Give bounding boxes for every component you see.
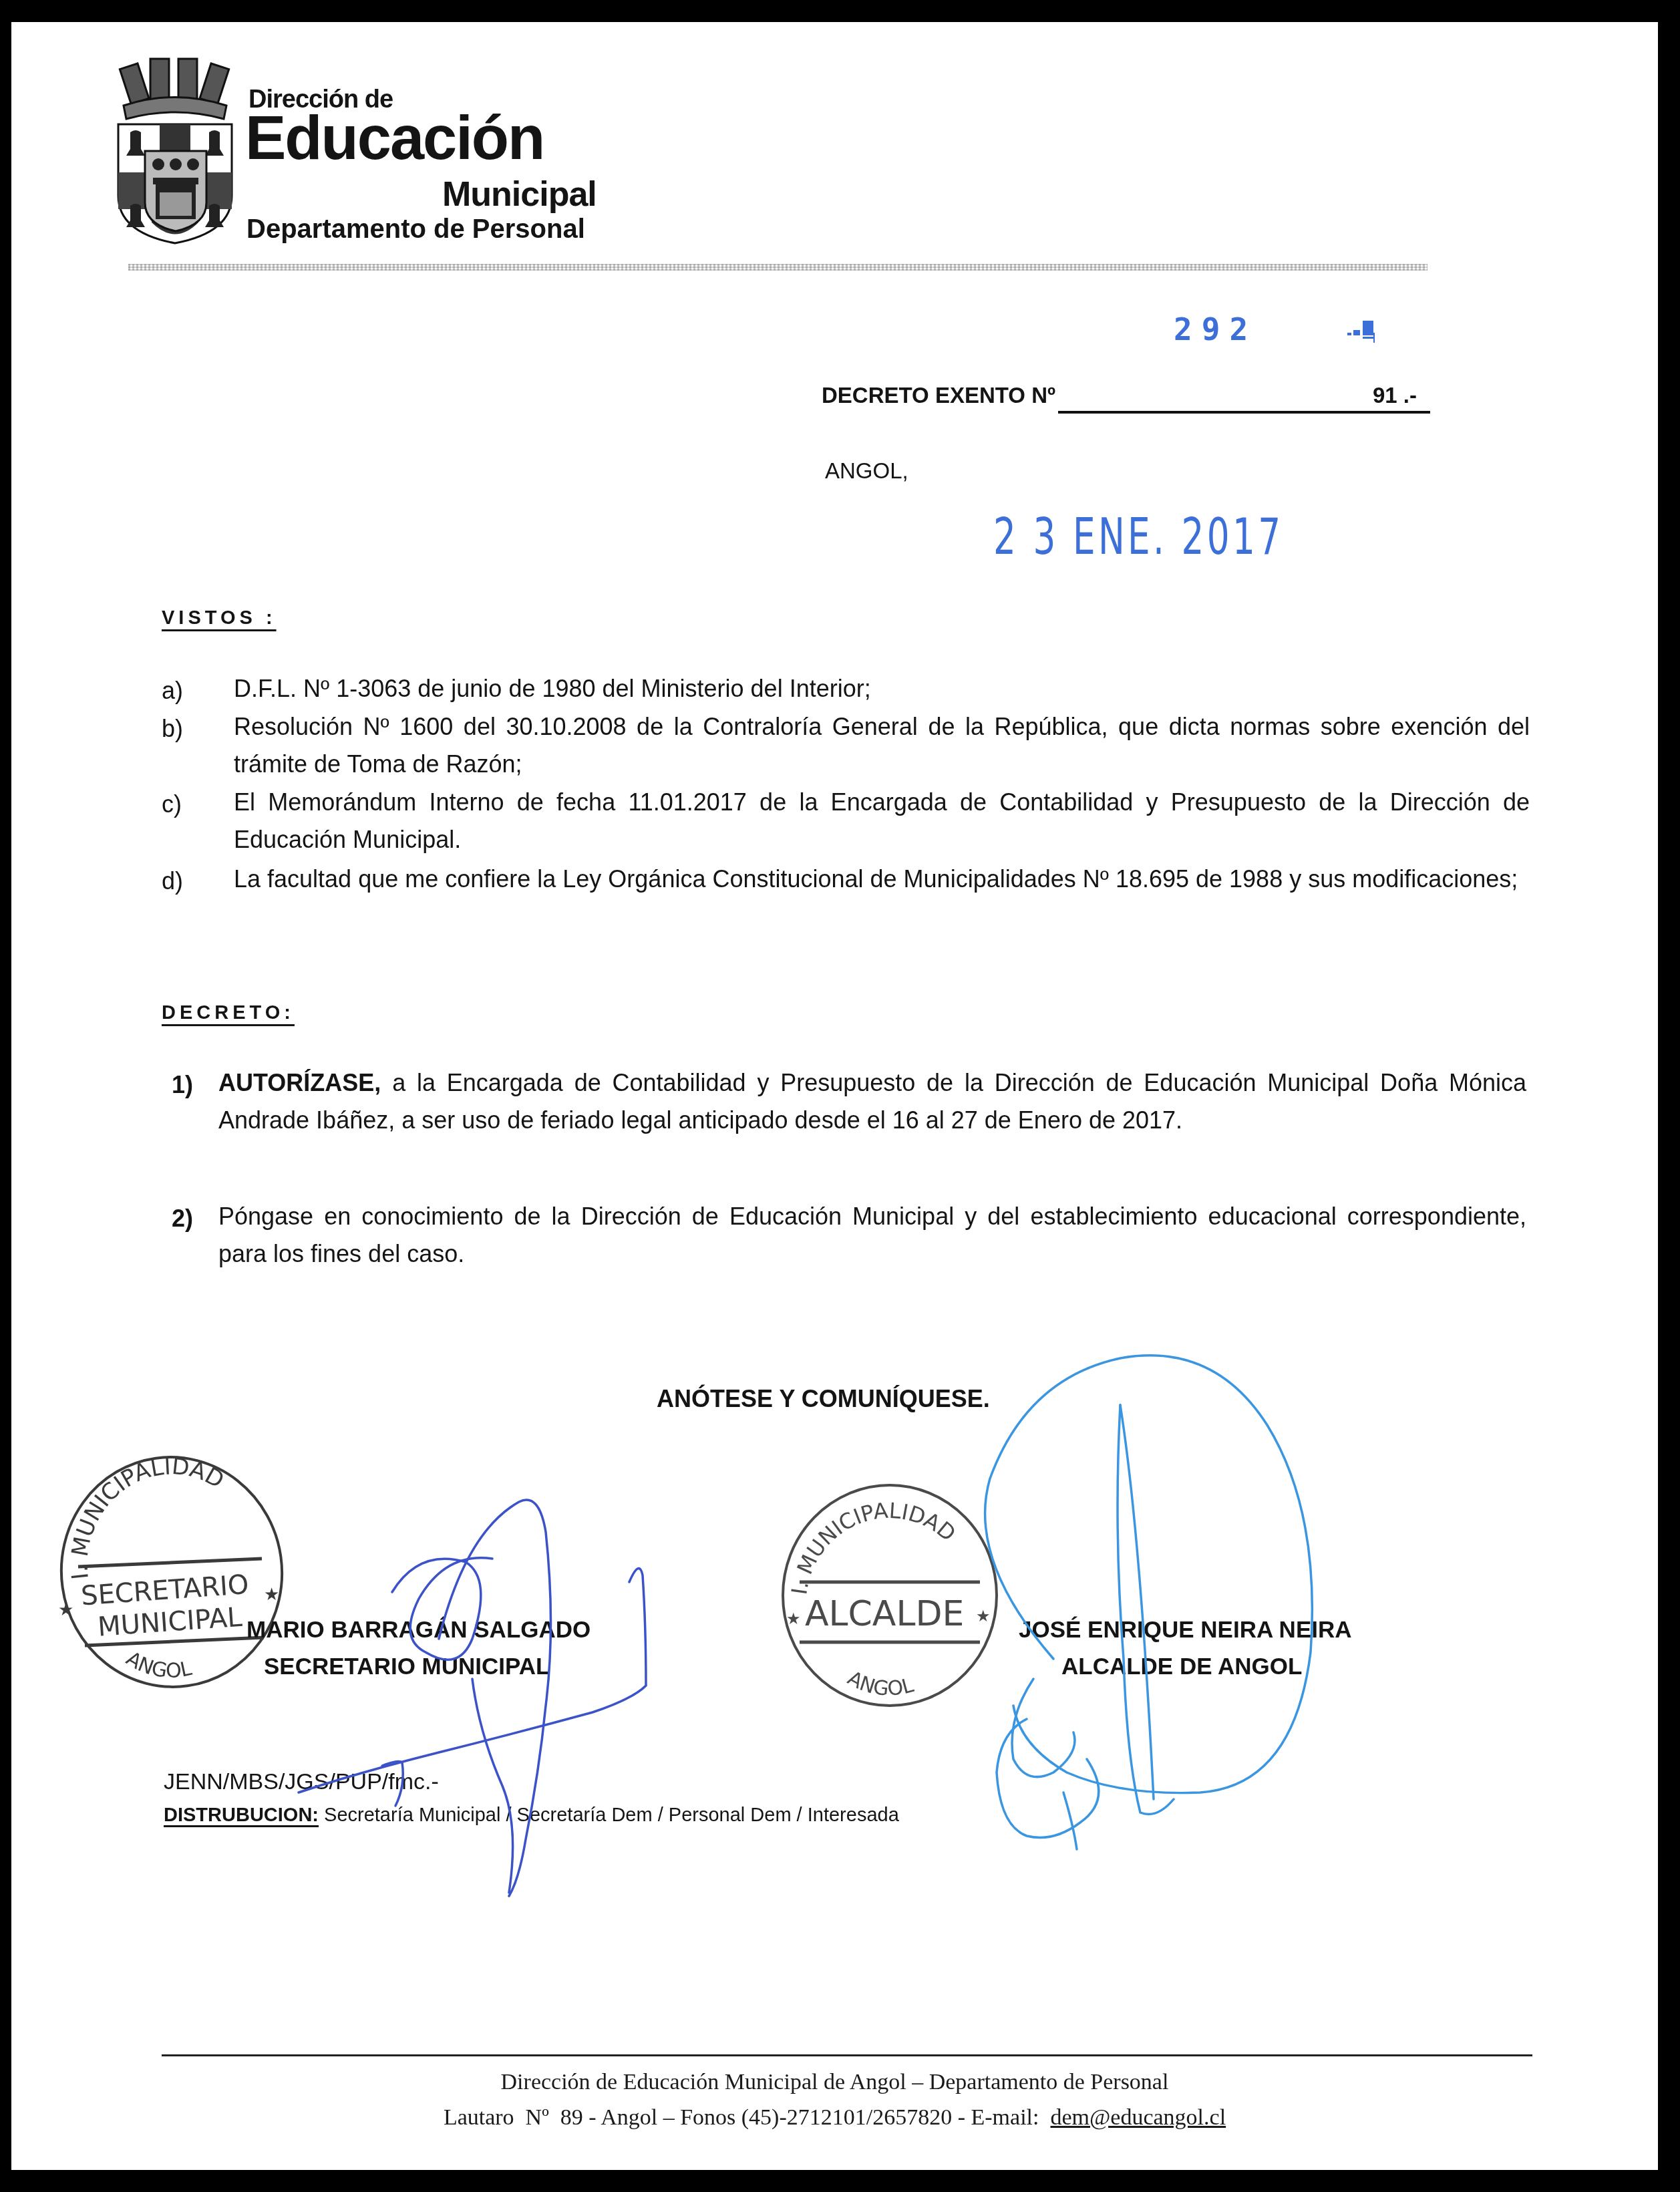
svg-text:ANGOL: ANGOL	[122, 1647, 194, 1683]
letterhead-line3: Municipal	[442, 174, 597, 214]
decreto-item-label: 2)	[172, 1205, 193, 1233]
decree-number: 91 .-	[1373, 383, 1417, 408]
vistos-item-text: La facultad que me confiere la Ley Orgán…	[234, 860, 1530, 898]
vistos-heading: VISTOS :	[162, 607, 277, 629]
svg-text:★: ★	[786, 1611, 801, 1628]
vistos-item-text: El Memorándum Interno de fecha 11.01.201…	[234, 784, 1530, 858]
svg-text:ANGOL: ANGOL	[844, 1667, 916, 1701]
decree-label: DECRETO EXENTO Nº	[822, 383, 1055, 408]
footer-contact: Lautaro Nº 89 - Angol – Fonos (45)-27121…	[11, 2105, 1658, 2131]
footer-divider	[162, 2054, 1532, 2056]
distribution-list: DISTRUBUCION: Secretaría Municipal / Sec…	[164, 1805, 899, 1827]
vistos-item-label: d)	[162, 867, 183, 895]
registry-stamp-number: 292	[1174, 311, 1257, 347]
svg-text:★: ★	[976, 1608, 991, 1625]
svg-text:★: ★	[58, 1600, 73, 1619]
signatory-name-alcalde: JOSÉ ENRIQUE NEIRA NEIRA	[1019, 1617, 1352, 1643]
decreto-heading: DECRETO:	[162, 1002, 295, 1024]
signatory-title-secretario: SECRETARIO MUNICIPAL	[264, 1654, 550, 1680]
date-stamp: 2 3 ENE. 2017	[993, 508, 1283, 566]
vistos-item-label: b)	[162, 715, 183, 743]
letterhead-divider	[128, 264, 1427, 271]
decreto-item-label: 1)	[172, 1071, 193, 1099]
reference-initials: JENN/MBS/JGS/PUP/fmc.-	[164, 1769, 439, 1795]
distribution-label: DISTRUBUCION:	[164, 1805, 319, 1826]
document-page: Dirección de Educación Municipal Departa…	[11, 22, 1658, 2170]
city-label: ANGOL,	[825, 458, 908, 484]
decree-number-underline	[1058, 411, 1430, 414]
svg-text:★: ★	[264, 1585, 279, 1604]
footer-email-link[interactable]: dem@educangol.cl	[1051, 2105, 1226, 2130]
vistos-item-text: D.F.L. Nº 1-3063 de junio de 1980 del Mi…	[234, 670, 1530, 708]
signatory-name-secretario: MARIO BARRAGÁN SALGADO	[246, 1617, 591, 1643]
coat-of-arms-icon	[112, 52, 238, 246]
alcalde-seal-icon: I. MUNICIPALIDAD ALCALDE ★ ★ ANGOL	[773, 1478, 1007, 1712]
decreto-item-lead: AUTORÍZASE,	[218, 1069, 381, 1096]
vistos-item-text: Resolución Nº 1600 del 30.10.2008 de la …	[234, 708, 1530, 783]
stamp-smudge-icon	[1344, 313, 1377, 346]
footer-address: Lautaro Nº 89 - Angol – Fonos (45)-27121…	[444, 2105, 1051, 2130]
decreto-item-text: AUTORÍZASE, a la Encargada de Contabilid…	[218, 1064, 1526, 1139]
svg-text:ALCALDE: ALCALDE	[805, 1594, 964, 1634]
decreto-item-text: Póngase en conocimiento de la Dirección …	[218, 1198, 1526, 1273]
footer-organization: Dirección de Educación Municipal de Ango…	[11, 2070, 1658, 2095]
secretario-seal-icon: I. MUNICIPALIDAD SECRETARIO MUNICIPAL ★ …	[51, 1445, 292, 1692]
distribution-recipients: Secretaría Municipal / Secretaría Dem / …	[319, 1805, 899, 1826]
vistos-item-label: c)	[162, 790, 182, 818]
decreto-item-body: a la Encargada de Contabilidad y Presupu…	[218, 1069, 1526, 1134]
letterhead-department: Departamento de Personal	[246, 214, 585, 245]
letterhead-title: Educación	[245, 108, 544, 169]
vistos-item-label: a)	[162, 677, 183, 705]
closing-formula: ANÓTESE Y COMUNÍQUESE.	[657, 1385, 990, 1413]
signatory-title-alcalde: ALCALDE DE ANGOL	[1061, 1654, 1302, 1680]
